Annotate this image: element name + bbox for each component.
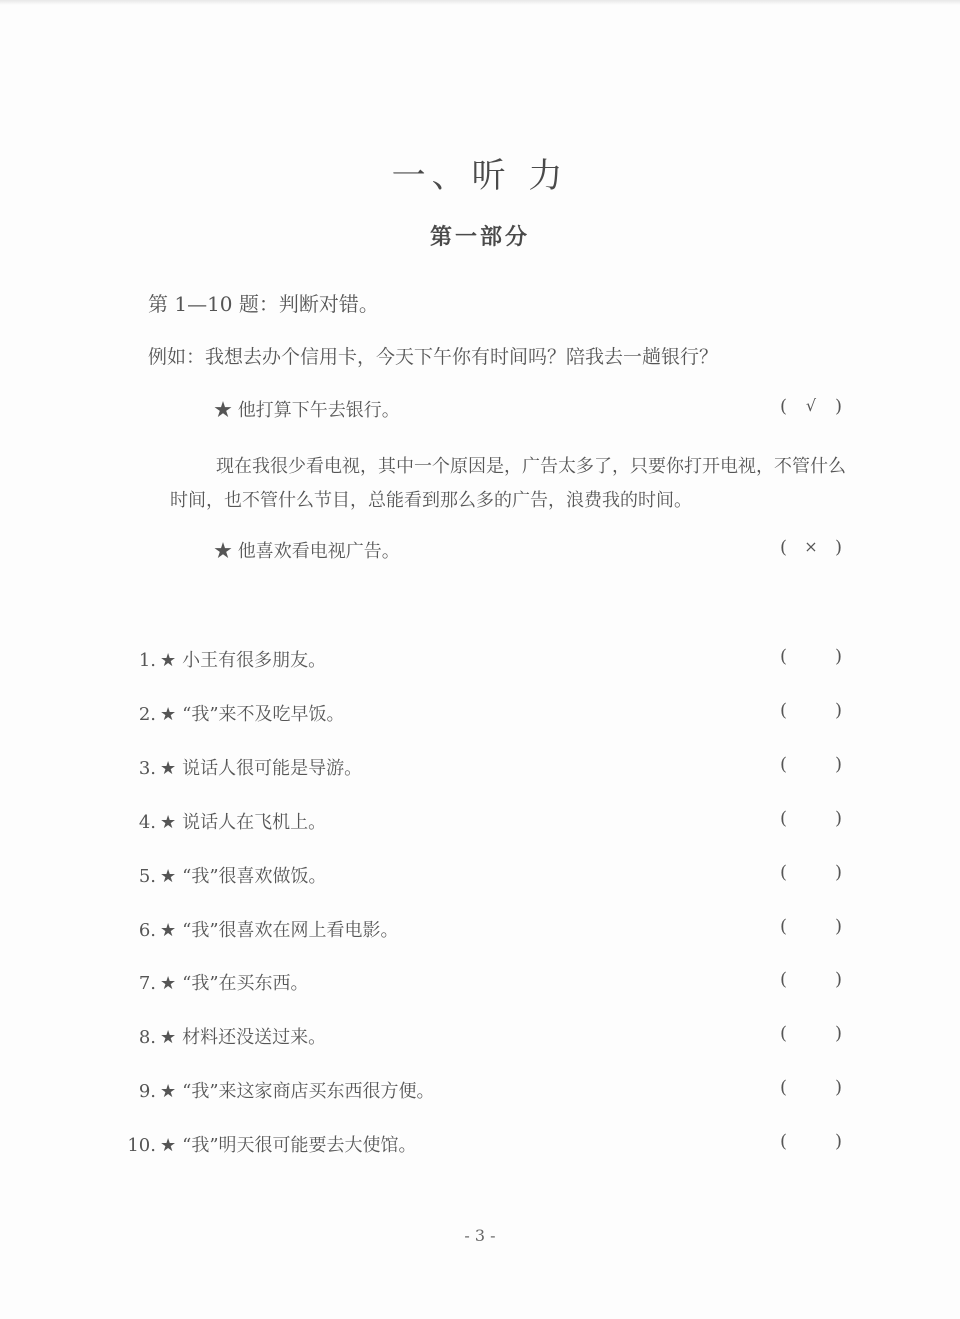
question-item: 7.★“我”在买东西。 [120,969,309,995]
star-icon: ★ [160,866,176,887]
section-title: 一、听 力 [0,148,960,197]
example-statement-1: ★ 他打算下午去银行。 [214,396,400,422]
answer-blank[interactable]: () [780,916,842,937]
question-item: 10.★“我”明天很可能要去大使馆。 [120,1131,417,1157]
question-text: “我”明天很可能要去大使馆。 [182,1135,416,1156]
star-icon: ★ [160,1135,176,1156]
cross-mark: × [804,537,817,558]
question-number: 2. [120,704,156,725]
question-number: 5. [120,866,156,887]
answer-blank[interactable]: () [780,646,842,667]
star-icon: ★ [160,758,176,779]
example-label: 例如： [148,346,205,368]
question-item: 5.★“我”很喜欢做饭。 [120,862,327,888]
question-number: 3. [120,758,156,779]
question-item: 1.★小王有很多朋友。 [120,646,326,672]
question-text: “我”来这家商店买东西很方便。 [182,1081,434,1102]
question-number: 8. [120,1027,156,1048]
question-number: 7. [120,973,156,994]
star-icon: ★ [160,973,176,994]
question-item: 2.★“我”来不及吃早饭。 [120,700,345,726]
star-icon: ★ [160,650,176,671]
question-item: 3.★说话人很可能是导游。 [120,754,362,780]
question-text: “我”来不及吃早饭。 [182,704,344,725]
instruction: 第 1—10 题：判断对错。 [148,288,379,317]
example-paragraph: 现在我很少看电视，其中一个原因是，广告太多了，只要你打开电视，不管什么时间，也不… [170,450,855,518]
question-number: 1. [120,650,156,671]
star-icon: ★ [160,812,176,833]
question-number: 9. [120,1081,156,1102]
question-text: 材料还没送过来。 [182,1027,326,1048]
star-icon: ★ [160,1027,176,1048]
question-number: 6. [120,920,156,941]
question-item: 4.★说话人在飞机上。 [120,808,326,834]
answer-blank[interactable]: () [780,1023,842,1044]
check-mark: √ [806,396,816,417]
example-dialogue: 例如：我想去办个信用卡，今天下午你有时间吗？陪我去一趟银行？ [148,342,718,369]
answer-blank[interactable]: () [780,808,842,829]
question-text: “我”很喜欢在网上看电影。 [182,920,398,941]
answer-blank[interactable]: () [780,1131,842,1152]
answer-blank[interactable]: () [780,700,842,721]
question-text: 说话人在飞机上。 [182,812,326,833]
example-statement-2: ★ 他喜欢看电视广告。 [214,537,400,563]
star-icon: ★ [160,920,176,941]
question-text: 说话人很可能是导游。 [182,758,362,779]
question-item: 8.★材料还没送过来。 [120,1023,326,1049]
question-text: “我”在买东西。 [182,973,308,994]
star-icon: ★ [160,704,176,725]
page-number: - 3 - [0,1226,960,1245]
question-text: 小王有很多朋友。 [182,650,326,671]
answer-blank[interactable]: () [780,969,842,990]
answer-blank[interactable]: () [780,754,842,775]
scan-edge [0,0,960,5]
star-icon: ★ [160,1081,176,1102]
question-item: 9.★“我”来这家商店买东西很方便。 [120,1077,435,1103]
question-number: 4. [120,812,156,833]
question-item: 6.★“我”很喜欢在网上看电影。 [120,916,399,942]
example-answer-2: ( × ) [780,537,842,558]
question-text: “我”很喜欢做饭。 [182,866,326,887]
answer-blank[interactable]: () [780,862,842,883]
example-answer-1: ( √ ) [780,396,842,417]
example-dialogue-text: 我想去办个信用卡，今天下午你有时间吗？陪我去一趟银行？ [205,346,718,368]
answer-blank[interactable]: () [780,1077,842,1098]
part-title: 第一部分 [0,220,960,251]
question-number: 10. [120,1135,156,1156]
